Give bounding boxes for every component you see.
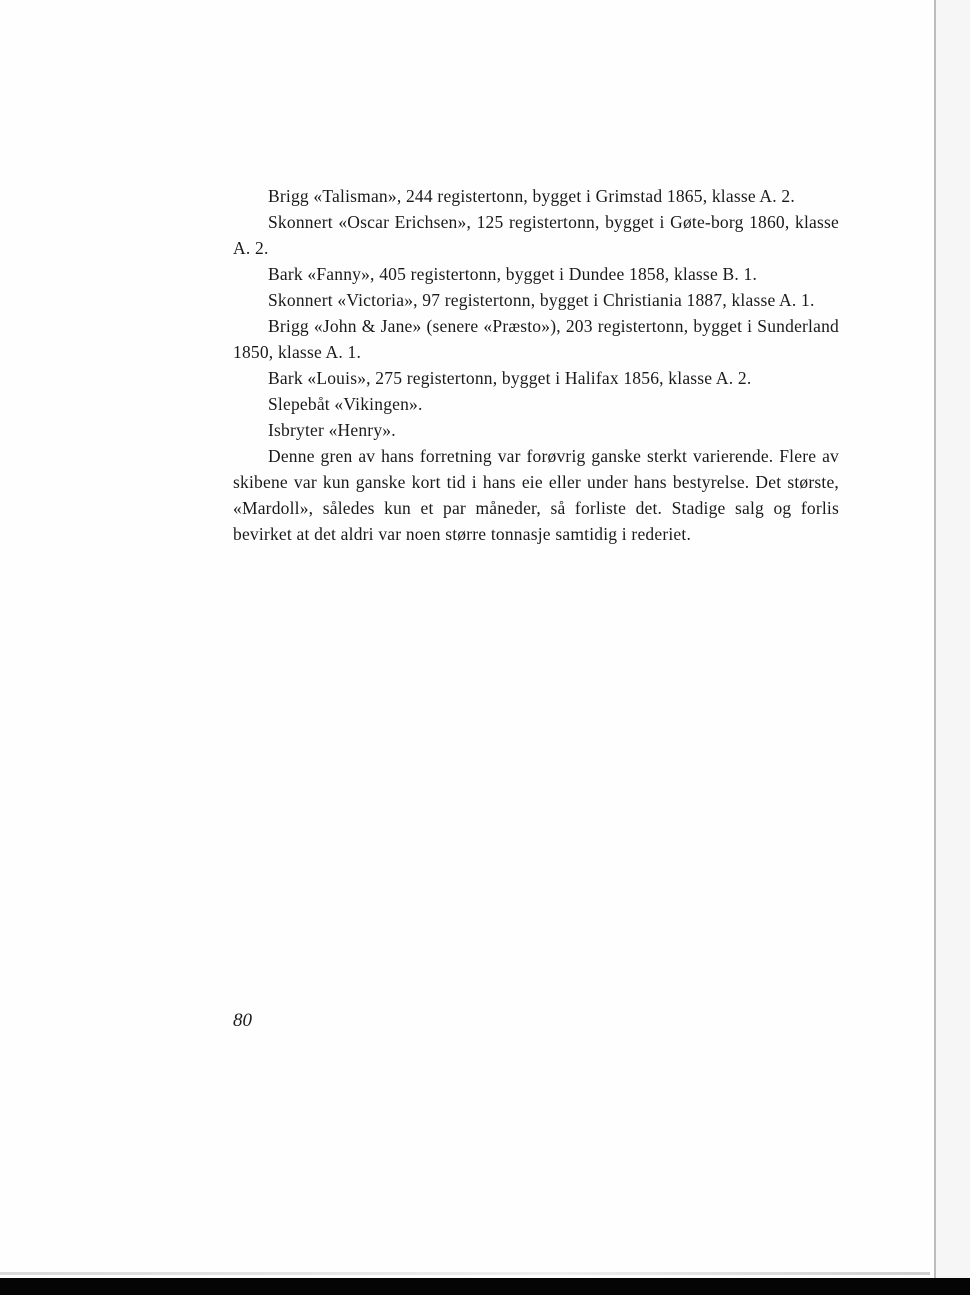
ship-entry-talisman: Brigg «Talisman», 244 registertonn, bygg… [233,183,839,209]
ship-entry-john-and-jane: Brigg «John & Jane» (senere «Præsto»), 2… [233,313,839,365]
page-bottom-shadow [0,1272,930,1275]
ship-entry-victoria: Skonnert «Victoria», 97 registertonn, by… [233,287,839,313]
scan-margin-strip [936,0,970,1280]
closing-paragraph: Denne gren av hans forretning var forøvr… [233,443,839,547]
ship-entry-vikingen: Slepebåt «Vikingen». [233,391,839,417]
scan-bottom-border [0,1278,970,1295]
page-edge-line [934,0,936,1280]
scanned-page: Brigg «Talisman», 244 registertonn, bygg… [0,0,970,1280]
ship-entry-oscar-erichsen: Skonnert «Oscar Erichsen», 125 registert… [233,209,839,261]
ship-entry-fanny: Bark «Fanny», 405 registertonn, bygget i… [233,261,839,287]
ship-entry-louis: Bark «Louis», 275 registertonn, bygget i… [233,365,839,391]
page-number: 80 [233,1010,252,1032]
ship-entry-henry: Isbryter «Henry». [233,417,839,443]
body-text: Brigg «Talisman», 244 registertonn, bygg… [233,183,839,547]
